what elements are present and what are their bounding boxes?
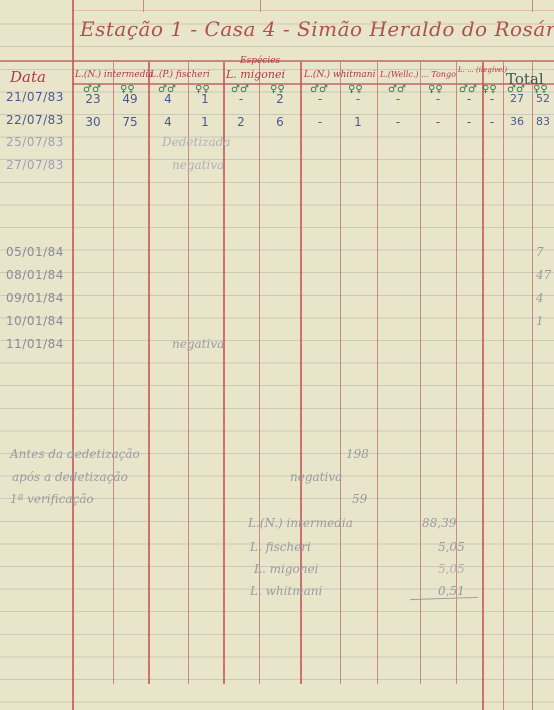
row-cell: 1 xyxy=(193,115,217,129)
row-note: Dedetizada xyxy=(162,135,230,149)
row-cell: - xyxy=(426,115,450,129)
especies-header: Espécies xyxy=(240,56,280,66)
row-cell: 36 xyxy=(505,115,529,128)
row-cell: - xyxy=(457,92,481,106)
row-cell: - xyxy=(308,92,332,106)
row-note: negativa xyxy=(172,337,224,351)
percent-species: L. whitmani xyxy=(250,584,322,598)
column-rule xyxy=(503,62,504,710)
row-total: 7 xyxy=(536,245,544,259)
column-rule xyxy=(143,0,144,12)
column-header: L.(Wellc.) ... Tongo xyxy=(380,70,456,79)
row-note: negativa xyxy=(172,158,224,172)
row-cell: 1 xyxy=(346,115,370,129)
column-rule xyxy=(188,62,189,684)
column-rule xyxy=(377,62,378,684)
page-title: Estação 1 - Casa 4 - Simão Heraldo do Ro… xyxy=(80,17,554,41)
row-cell: - xyxy=(346,92,370,106)
row-date: 11/01/84 xyxy=(6,337,64,351)
percent-value: 5,05 xyxy=(438,540,465,554)
row-cell: 27 xyxy=(505,92,529,105)
row-cell: - xyxy=(308,115,332,129)
date-header: Data xyxy=(10,68,46,86)
percent-value: 5,05 xyxy=(438,562,465,576)
row-cell: 23 xyxy=(81,92,105,106)
summary-value: negativa xyxy=(290,470,342,484)
row-date: 08/01/84 xyxy=(6,268,64,282)
row-date: 25/07/83 xyxy=(6,135,64,149)
percent-species: L. fischeri xyxy=(250,540,311,554)
date-column-rule xyxy=(72,0,74,710)
row-cell: 6 xyxy=(268,115,292,129)
column-header: L. ... (ilegível) xyxy=(458,66,507,74)
summary-label: 1ª verificação xyxy=(10,492,94,506)
row-cell: 83 xyxy=(531,115,554,128)
percent-species: L.(N.) intermedia xyxy=(248,516,353,530)
row-cell: - xyxy=(480,115,504,129)
row-cell: 49 xyxy=(118,92,142,106)
row-date: 21/07/83 xyxy=(6,90,64,104)
row-cell: 52 xyxy=(531,92,554,105)
top-rule xyxy=(72,10,554,11)
summary-value: 198 xyxy=(346,447,369,461)
row-cell: 2 xyxy=(268,92,292,106)
summary-value: 59 xyxy=(352,492,367,506)
row-cell: 75 xyxy=(118,115,142,129)
ledger-page: Estação 1 - Casa 4 - Simão Heraldo do Ro… xyxy=(0,0,554,710)
row-date: 05/01/84 xyxy=(6,245,64,259)
summary-label: após a dedetização xyxy=(12,470,128,484)
column-header: L.(N.) whitmani xyxy=(304,70,375,80)
row-cell: - xyxy=(229,92,253,106)
column-header: L.(N.) intermedia xyxy=(75,70,154,80)
row-cell: 30 xyxy=(81,115,105,129)
column-rule xyxy=(260,0,261,12)
column-rule xyxy=(532,62,533,710)
row-date: 27/07/83 xyxy=(6,158,64,172)
column-rule xyxy=(420,62,421,684)
column-rule xyxy=(148,62,150,684)
column-rule xyxy=(532,0,533,12)
row-cell: - xyxy=(457,115,481,129)
row-date: 10/01/84 xyxy=(6,314,64,328)
column-rule xyxy=(340,62,341,684)
row-cell: - xyxy=(480,92,504,106)
column-rule xyxy=(223,62,225,684)
column-header: L.(P.) fischeri xyxy=(150,70,210,80)
percent-species: L. migonei xyxy=(254,562,318,576)
row-total: 4 xyxy=(536,291,544,305)
row-cell: - xyxy=(426,92,450,106)
row-date: 09/01/84 xyxy=(6,291,64,305)
row-total: 47 xyxy=(536,268,551,282)
row-date: 22/07/83 xyxy=(6,113,64,127)
percent-value: 0,51 xyxy=(438,584,465,598)
row-cell: 4 xyxy=(156,92,180,106)
summary-label: Antes da dedetização xyxy=(10,447,140,461)
row-cell: 1 xyxy=(193,92,217,106)
row-cell: 2 xyxy=(229,115,253,129)
column-header: L. migonei xyxy=(226,68,285,81)
column-rule xyxy=(113,62,114,684)
row-cell: - xyxy=(386,92,410,106)
row-total: 1 xyxy=(536,314,544,328)
row-cell: 4 xyxy=(156,115,180,129)
row-cell: - xyxy=(386,115,410,129)
column-rule xyxy=(482,62,484,710)
percent-value: 88,39 xyxy=(422,516,456,530)
